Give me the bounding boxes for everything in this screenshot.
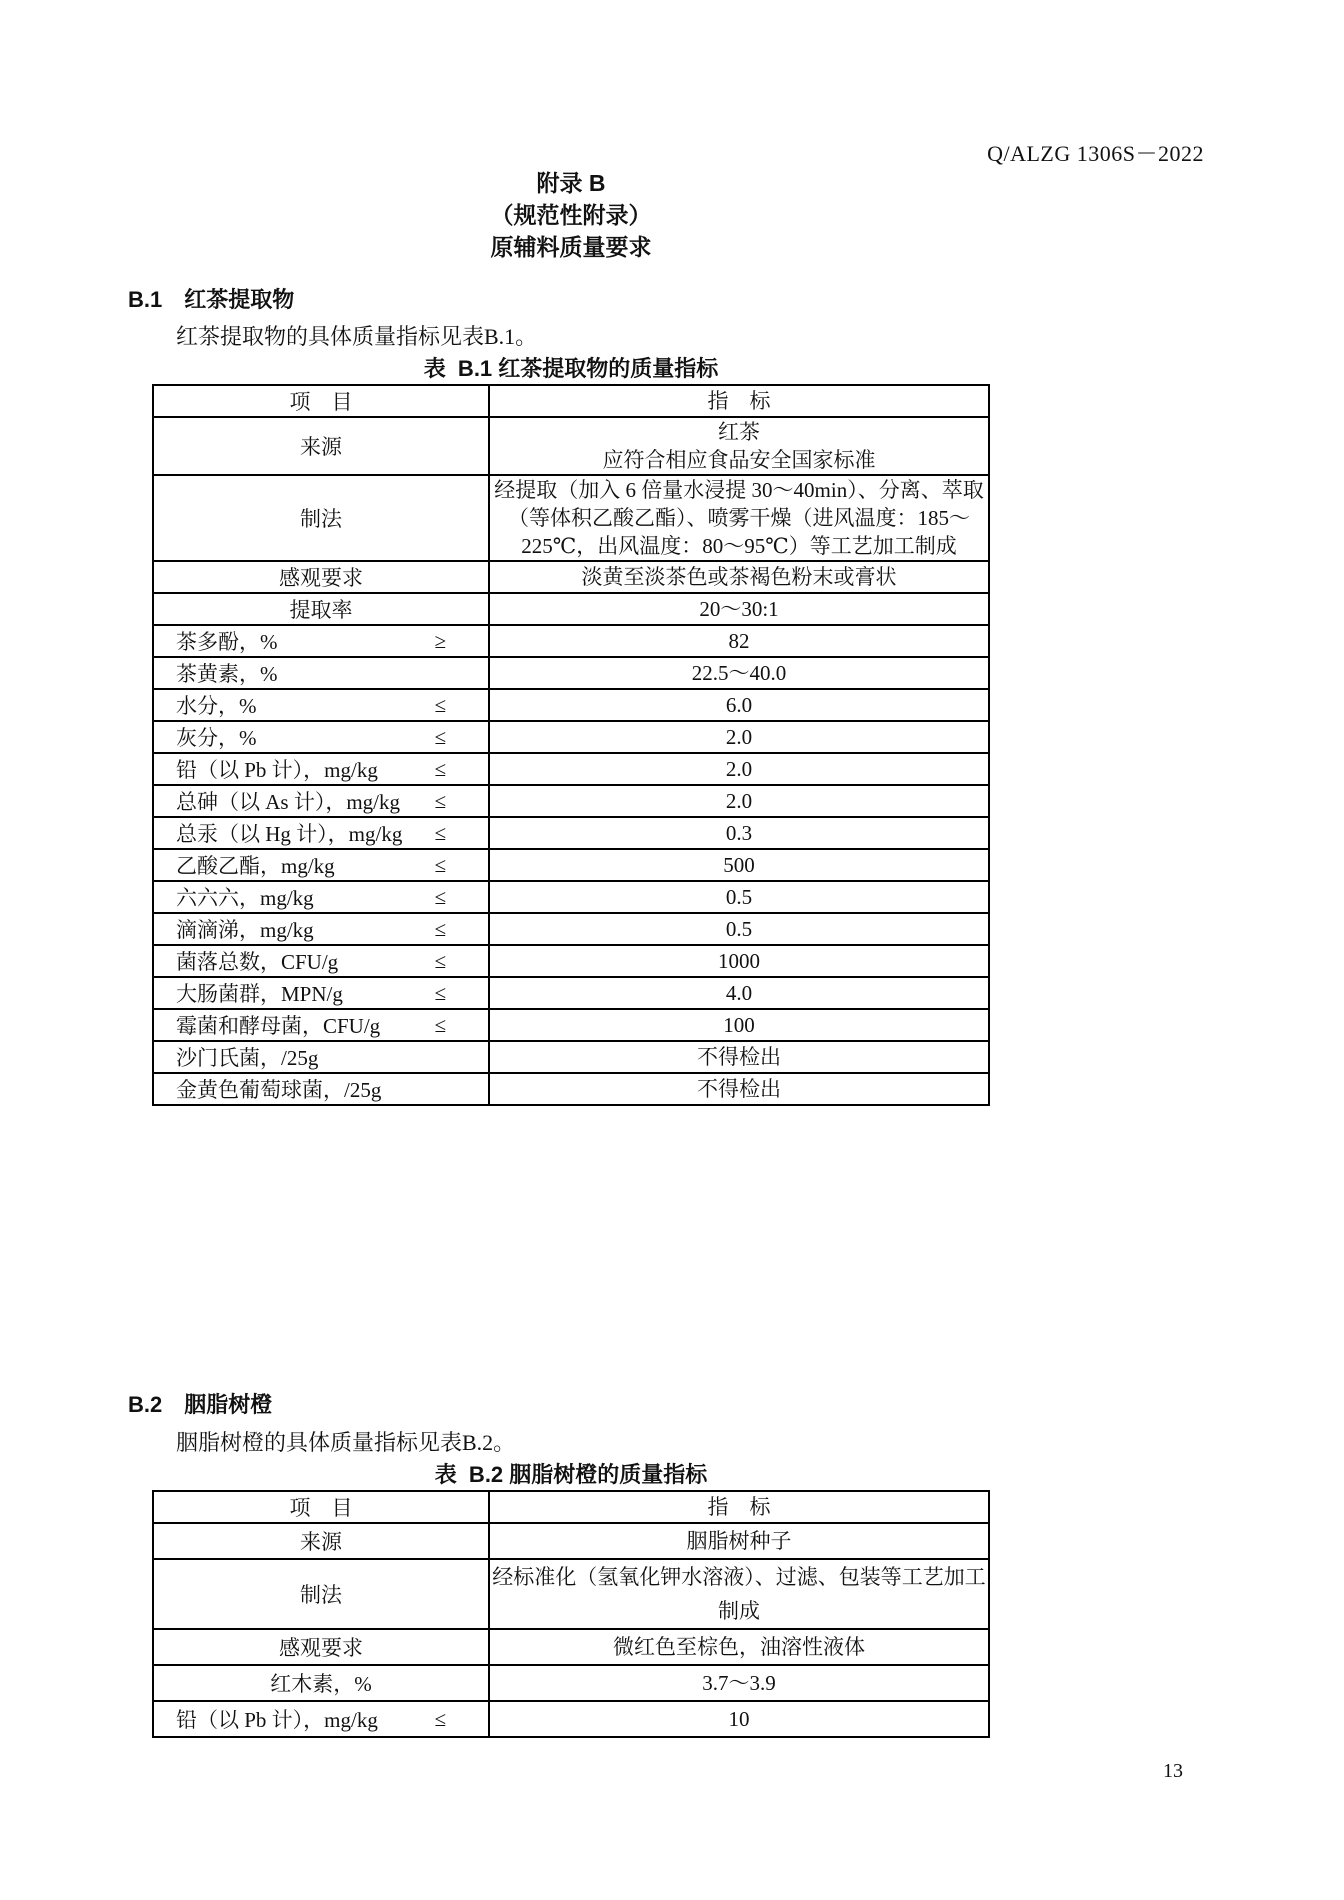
comparison-symbol: ≤	[434, 789, 488, 814]
row-label: 总砷（以 As 计），mg/kg	[154, 786, 400, 816]
table-row: 水分，%≤6.0	[154, 688, 988, 720]
doc-number: Q/ALZG 1306S－2022	[987, 137, 1204, 168]
row-label-cell: 制法	[154, 476, 490, 560]
section-b2-title: 胭脂树橙	[184, 1392, 272, 1417]
comparison-symbol: ≤	[434, 693, 488, 718]
comparison-symbol: ≤	[434, 981, 488, 1006]
table-header-row: 项 目 指 标	[154, 386, 988, 416]
row-label-cell: 总汞（以 Hg 计），mg/kg≤	[154, 818, 490, 848]
row-label-cell: 乙酸乙酯，mg/kg≤	[154, 850, 490, 880]
row-label-cell: 感观要求	[154, 562, 490, 592]
row-label: 铅（以 Pb 计），mg/kg	[154, 1704, 378, 1734]
row-label-cell: 铅（以 Pb 计），mg/kg≤	[154, 754, 490, 784]
row-label: 菌落总数，CFU/g	[154, 946, 338, 976]
appendix-title-block: 附录 B （规范性附录） 原辅料质量要求	[152, 167, 990, 263]
row-value-line: 经标准化（氢氧化钾水溶液）、过滤、包装等工艺加工	[490, 1560, 988, 1594]
comparison-symbol: ≤	[434, 949, 488, 974]
row-label: 滴滴涕，mg/kg	[154, 914, 314, 944]
row-label-cell: 大肠菌群，MPN/g≤	[154, 978, 490, 1008]
table-row: 感观要求微红色至棕色，油溶性液体	[154, 1628, 988, 1664]
table-row: 提取率20～30:1	[154, 592, 988, 624]
table-row: 大肠菌群，MPN/g≤4.0	[154, 976, 988, 1008]
row-label: 制法	[300, 503, 342, 533]
row-value-cell: 3.7～3.9	[490, 1666, 988, 1700]
row-value-cell: 2.0	[490, 722, 988, 752]
row-value-line: 100	[490, 1011, 988, 1039]
row-value-line: 2.0	[490, 755, 988, 783]
row-label: 霉菌和酵母菌，CFU/g	[154, 1010, 380, 1040]
row-value-line: 500	[490, 851, 988, 879]
row-value-line: （等体积乙酸乙酯）、喷雾干燥（进风温度：185～	[490, 504, 988, 532]
row-label: 感观要求	[279, 562, 363, 592]
header-index-label: 指 标	[490, 1493, 988, 1521]
section-b2-intro: 胭脂树橙的具体质量指标见表B.2。	[176, 1426, 515, 1457]
table-row: 霉菌和酵母菌，CFU/g≤100	[154, 1008, 988, 1040]
table-row: 来源红茶应符合相应食品安全国家标准	[154, 416, 988, 474]
section-b1-intro: 红茶提取物的具体质量指标见表B.1。	[176, 320, 537, 351]
row-value-line: 3.7～3.9	[490, 1666, 988, 1700]
row-label-cell: 菌落总数，CFU/g≤	[154, 946, 490, 976]
table-row: 制法经提取（加入 6 倍量水浸提 30～40min）、分离、萃取（等体积乙酸乙酯…	[154, 474, 988, 560]
row-value-line: 1000	[490, 947, 988, 975]
section-b2-number: B.2	[128, 1392, 162, 1417]
row-value-cell: 胭脂树种子	[490, 1524, 988, 1558]
table-row: 铅（以 Pb 计），mg/kg≤10	[154, 1700, 988, 1736]
table-row: 感观要求淡黄至淡茶色或茶褐色粉末或膏状	[154, 560, 988, 592]
row-value-cell: 0.5	[490, 882, 988, 912]
row-value-line: 0.3	[490, 819, 988, 847]
table-row: 沙门氏菌，/25g不得检出	[154, 1040, 988, 1072]
header-item-cell: 项 目	[154, 1492, 490, 1522]
header-item-cell: 项 目	[154, 386, 490, 416]
row-value-cell: 82	[490, 626, 988, 656]
row-value-line: 10	[490, 1702, 988, 1736]
table-row: 来源胭脂树种子	[154, 1522, 988, 1558]
row-value-line: 2.0	[490, 723, 988, 751]
row-value-line: 22.5～40.0	[490, 659, 988, 687]
row-label: 铅（以 Pb 计），mg/kg	[154, 754, 378, 784]
row-value-cell: 0.5	[490, 914, 988, 944]
table-row: 菌落总数，CFU/g≤1000	[154, 944, 988, 976]
comparison-symbol: ≤	[434, 853, 488, 878]
header-item-label: 项 目	[290, 1492, 353, 1522]
row-value-line: 4.0	[490, 979, 988, 1007]
table-row: 乙酸乙酯，mg/kg≤500	[154, 848, 988, 880]
row-value-line: 0.5	[490, 915, 988, 943]
table-row: 制法经标准化（氢氧化钾水溶液）、过滤、包装等工艺加工制成	[154, 1558, 988, 1628]
table-b1: 项 目 指 标 来源红茶应符合相应食品安全国家标准制法经提取（加入 6 倍量水浸…	[152, 384, 990, 1106]
appendix-title-line1: 附录 B	[152, 167, 990, 199]
row-value-line: 淡黄至淡茶色或茶褐色粉末或膏状	[490, 563, 988, 591]
row-value-line: 6.0	[490, 691, 988, 719]
appendix-title-line2: （规范性附录）	[152, 199, 990, 231]
comparison-symbol: ≤	[434, 725, 488, 750]
row-value-cell: 红茶应符合相应食品安全国家标准	[490, 418, 988, 474]
row-value-cell: 不得检出	[490, 1042, 988, 1072]
row-value-line: 82	[490, 627, 988, 655]
row-label: 感观要求	[279, 1632, 363, 1662]
row-value-line: 2.0	[490, 787, 988, 815]
table-row: 总砷（以 As 计），mg/kg≤2.0	[154, 784, 988, 816]
row-label: 茶黄素，%	[154, 658, 278, 688]
row-label-cell: 来源	[154, 418, 490, 474]
row-value-cell: 6.0	[490, 690, 988, 720]
row-label: 金黄色葡萄球菌，/25g	[154, 1074, 381, 1104]
row-value-cell: 20～30:1	[490, 594, 988, 624]
row-label-cell: 铅（以 Pb 计），mg/kg≤	[154, 1702, 490, 1736]
table-header-row: 项 目 指 标	[154, 1492, 988, 1522]
comparison-symbol: ≤	[434, 917, 488, 942]
header-item-label: 项 目	[290, 386, 353, 416]
row-value-cell: 不得检出	[490, 1074, 988, 1104]
row-label: 灰分，%	[154, 722, 257, 752]
table-row: 红木素，%3.7～3.9	[154, 1664, 988, 1700]
table-b2: 项 目 指 标 来源胭脂树种子制法经标准化（氢氧化钾水溶液）、过滤、包装等工艺加…	[152, 1490, 990, 1738]
row-label-cell: 感观要求	[154, 1630, 490, 1664]
row-value-line: 不得检出	[490, 1075, 988, 1103]
row-value-cell: 0.3	[490, 818, 988, 848]
row-label: 茶多酚，%	[154, 626, 278, 656]
table-row: 茶黄素，%22.5～40.0	[154, 656, 988, 688]
comparison-symbol: ≤	[434, 885, 488, 910]
table-row: 灰分，%≤2.0	[154, 720, 988, 752]
row-value-line: 胭脂树种子	[490, 1524, 988, 1558]
appendix-title-line3: 原辅料质量要求	[152, 231, 990, 263]
row-value-line: 不得检出	[490, 1043, 988, 1071]
row-label-cell: 沙门氏菌，/25g	[154, 1042, 490, 1072]
header-index-label: 指 标	[490, 387, 988, 415]
table-row: 总汞（以 Hg 计），mg/kg≤0.3	[154, 816, 988, 848]
header-index-cell: 指 标	[490, 1492, 988, 1522]
row-label: 大肠菌群，MPN/g	[154, 978, 343, 1008]
row-label-cell: 水分，%≤	[154, 690, 490, 720]
section-b1-title: 红茶提取物	[184, 287, 294, 312]
row-value-line: 应符合相应食品安全国家标准	[490, 446, 988, 474]
section-b1-number: B.1	[128, 287, 162, 312]
row-value-line: 0.5	[490, 883, 988, 911]
document-page: Q/ALZG 1306S－2022 附录 B （规范性附录） 原辅料质量要求 B…	[0, 0, 1344, 1900]
comparison-symbol: ≤	[434, 1707, 488, 1732]
row-label: 制法	[300, 1579, 342, 1609]
comparison-symbol: ≤	[434, 821, 488, 846]
row-label-cell: 灰分，%≤	[154, 722, 490, 752]
comparison-symbol: ≤	[434, 757, 488, 782]
row-label-cell: 六六六，mg/kg≤	[154, 882, 490, 912]
row-label: 来源	[300, 431, 342, 461]
row-label-cell: 滴滴涕，mg/kg≤	[154, 914, 490, 944]
section-b2-heading: B.2胭脂树橙	[128, 1388, 272, 1419]
comparison-symbol: ≤	[434, 1013, 488, 1038]
row-label-cell: 总砷（以 As 计），mg/kg≤	[154, 786, 490, 816]
header-index-cell: 指 标	[490, 386, 988, 416]
row-value-cell: 经提取（加入 6 倍量水浸提 30～40min）、分离、萃取（等体积乙酸乙酯）、…	[490, 476, 988, 560]
row-label-cell: 提取率	[154, 594, 490, 624]
row-label: 提取率	[290, 594, 353, 624]
row-value-line: 225℃，出风温度：80～95℃）等工艺加工制成	[490, 532, 988, 560]
row-label: 总汞（以 Hg 计），mg/kg	[154, 818, 402, 848]
row-value-cell: 100	[490, 1010, 988, 1040]
row-value-line: 制成	[490, 1594, 988, 1628]
row-label-cell: 来源	[154, 1524, 490, 1558]
row-label-cell: 霉菌和酵母菌，CFU/g≤	[154, 1010, 490, 1040]
page-number: 13	[1163, 1760, 1183, 1783]
row-value-cell: 4.0	[490, 978, 988, 1008]
row-value-cell: 2.0	[490, 754, 988, 784]
table-b2-caption: 表 B.2 胭脂树橙的质量指标	[152, 1458, 990, 1489]
row-label: 来源	[300, 1526, 342, 1556]
row-value-line: 经提取（加入 6 倍量水浸提 30～40min）、分离、萃取	[490, 476, 988, 504]
row-value-cell: 淡黄至淡茶色或茶褐色粉末或膏状	[490, 562, 988, 592]
table-b1-caption: 表 B.1 红茶提取物的质量指标	[152, 352, 990, 383]
row-label: 六六六，mg/kg	[154, 882, 314, 912]
row-label-cell: 茶黄素，%	[154, 658, 490, 688]
row-value-line: 微红色至棕色，油溶性液体	[490, 1630, 988, 1664]
row-label: 红木素，%	[270, 1668, 372, 1698]
row-label: 水分，%	[154, 690, 257, 720]
section-b1-heading: B.1红茶提取物	[128, 283, 294, 314]
table-row: 金黄色葡萄球菌，/25g不得检出	[154, 1072, 988, 1104]
row-value-line: 20～30:1	[490, 595, 988, 623]
row-label: 沙门氏菌，/25g	[154, 1042, 318, 1072]
row-label-cell: 红木素，%	[154, 1666, 490, 1700]
comparison-symbol: ≥	[434, 629, 488, 654]
table-row: 铅（以 Pb 计），mg/kg≤2.0	[154, 752, 988, 784]
table-row: 六六六，mg/kg≤0.5	[154, 880, 988, 912]
table-row: 滴滴涕，mg/kg≤0.5	[154, 912, 988, 944]
row-value-cell: 500	[490, 850, 988, 880]
row-value-cell: 经标准化（氢氧化钾水溶液）、过滤、包装等工艺加工制成	[490, 1560, 988, 1628]
row-value-cell: 2.0	[490, 786, 988, 816]
row-label: 乙酸乙酯，mg/kg	[154, 850, 335, 880]
row-value-cell: 微红色至棕色，油溶性液体	[490, 1630, 988, 1664]
row-value-line: 红茶	[490, 418, 988, 446]
row-value-cell: 1000	[490, 946, 988, 976]
row-label-cell: 制法	[154, 1560, 490, 1628]
row-label-cell: 茶多酚，%≥	[154, 626, 490, 656]
row-value-cell: 22.5～40.0	[490, 658, 988, 688]
row-label-cell: 金黄色葡萄球菌，/25g	[154, 1074, 490, 1104]
table-row: 茶多酚，%≥82	[154, 624, 988, 656]
row-value-cell: 10	[490, 1702, 988, 1736]
